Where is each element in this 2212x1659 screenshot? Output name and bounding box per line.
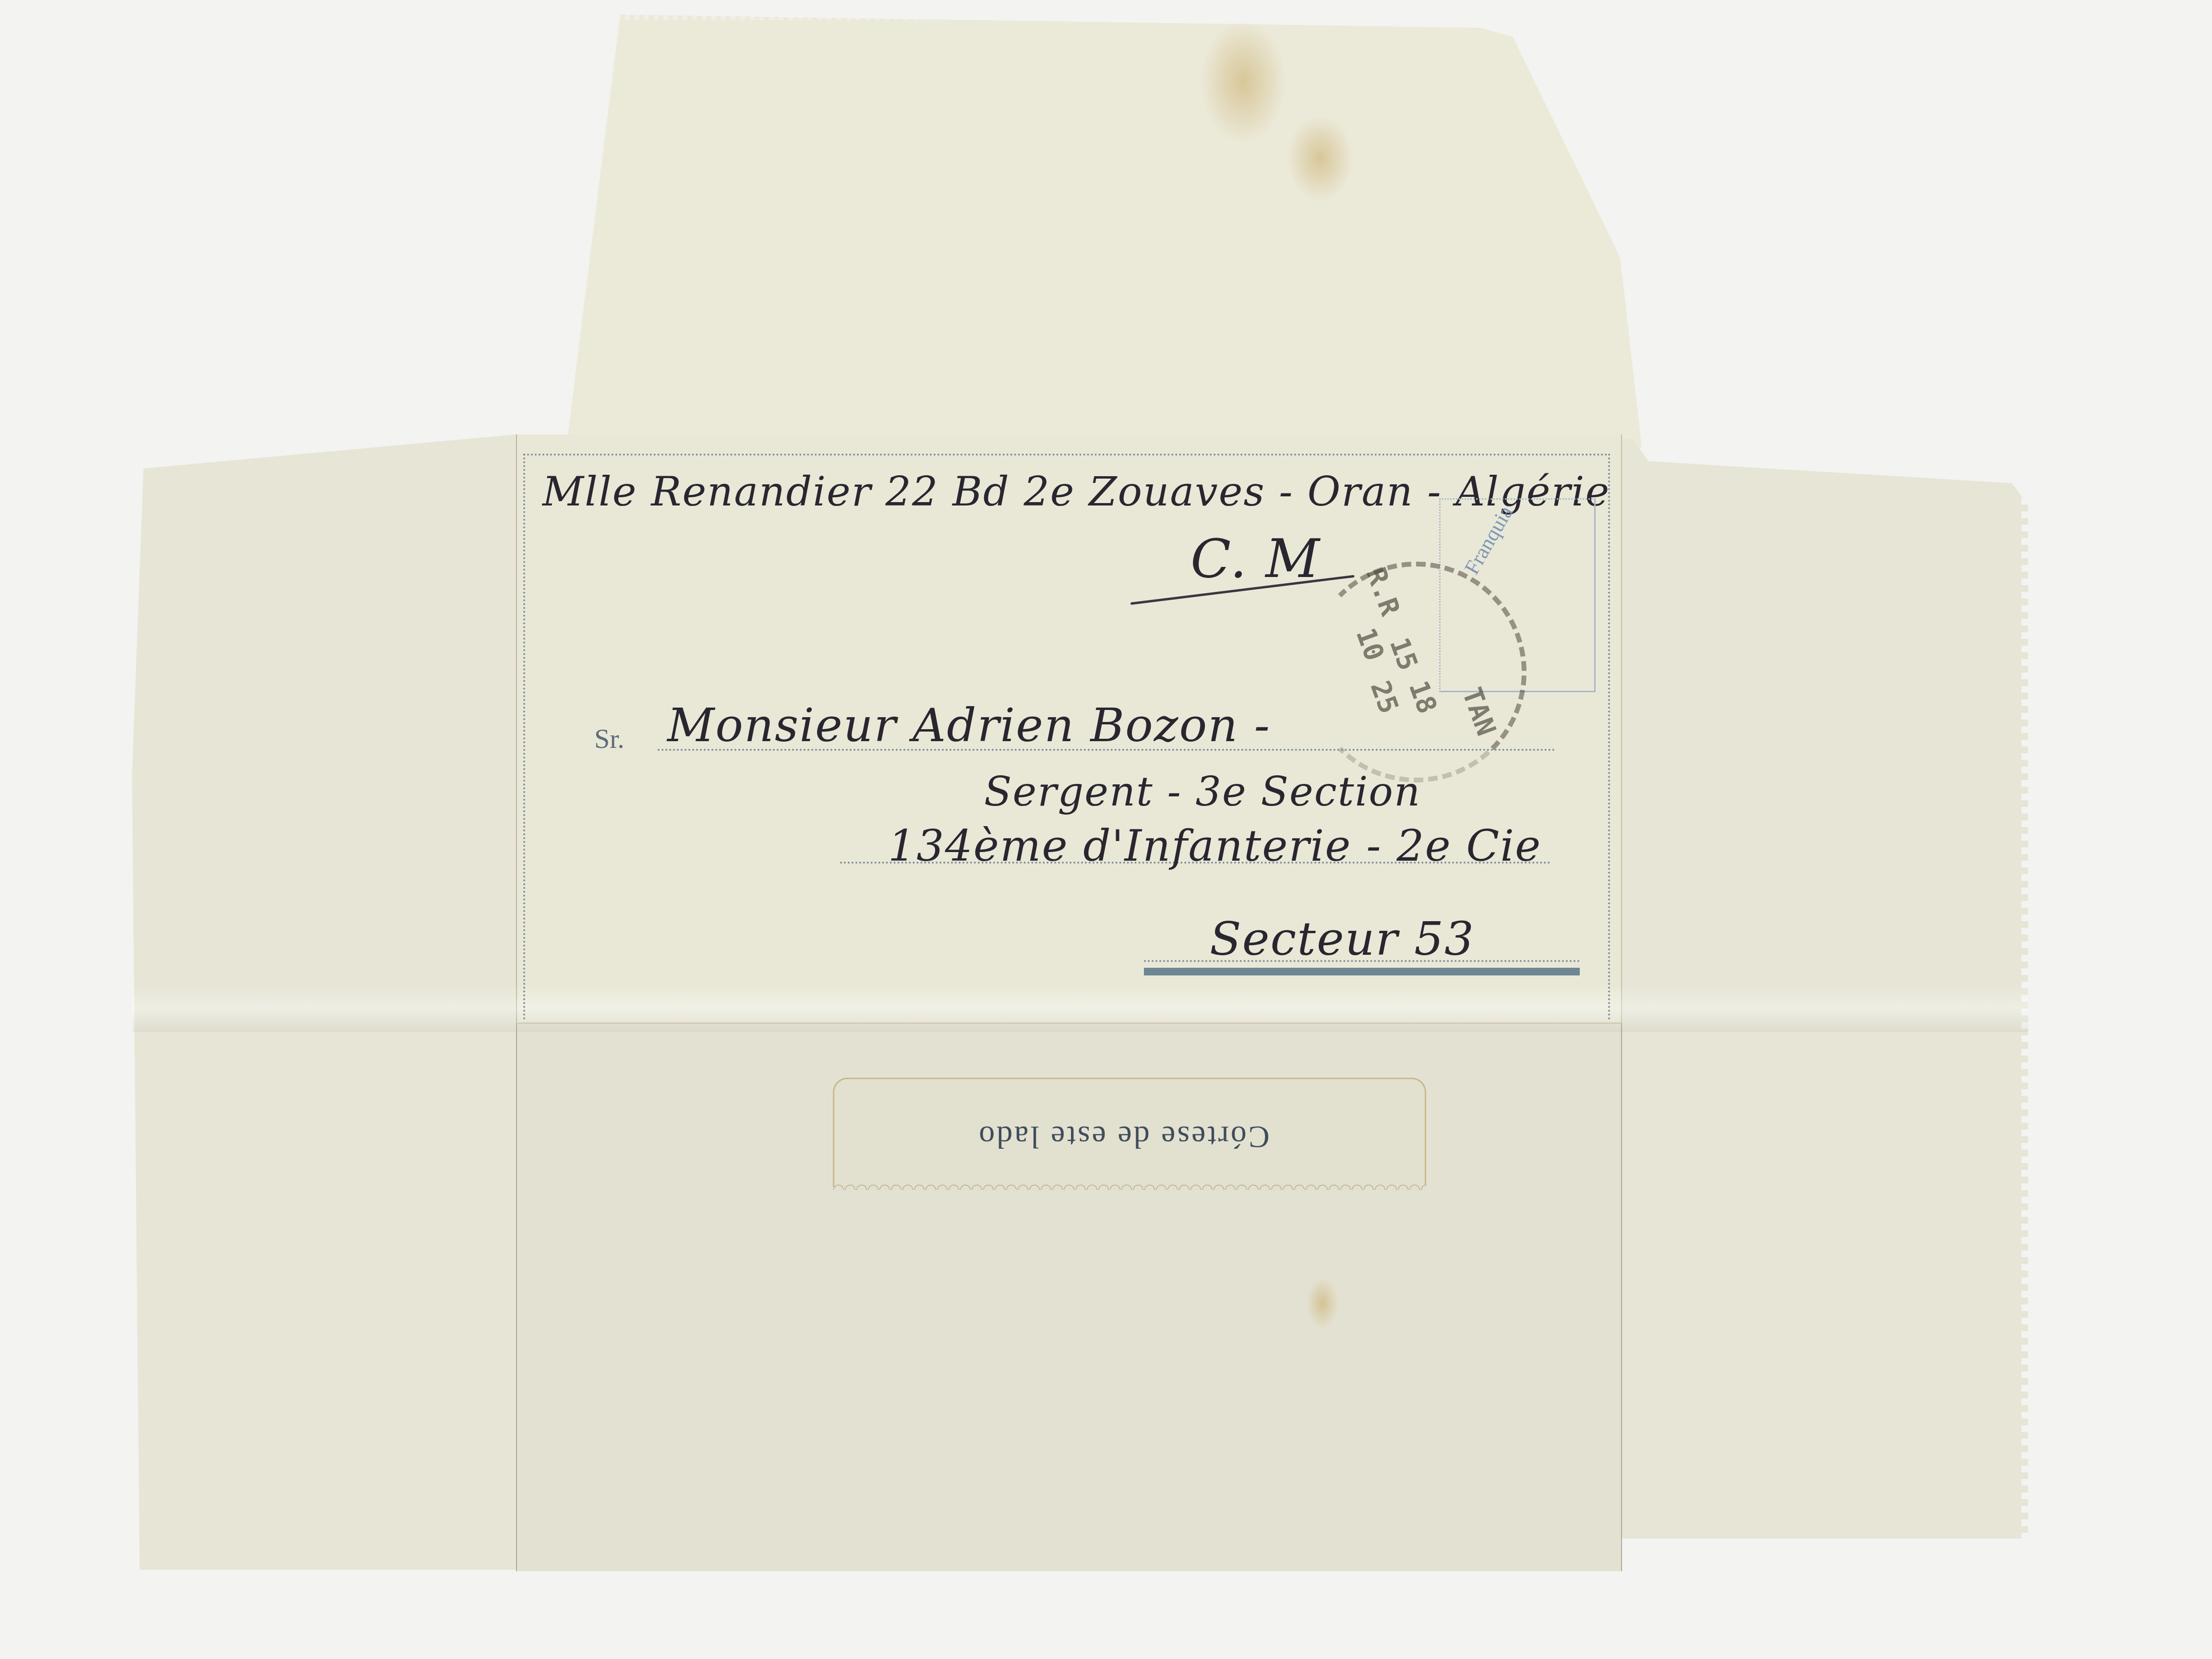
sender-initials: C. M [1190,528,1321,589]
recipient-rank: Sergent - 3e Section [984,768,1421,815]
recipient-name: Monsieur Adrien Bozon - [667,698,1271,752]
dotted-border-right [1608,454,1610,1020]
perforated-edge [620,6,1480,20]
recipient-regiment: 134ème d'Infanterie - 2e Cie [888,821,1541,871]
recipient-sector: Secteur 53 [1210,912,1475,966]
top-flap [566,6,1642,447]
salutation-print: Sr. [594,722,625,755]
small-stain [1306,1277,1339,1330]
address-underline-bar [1144,968,1580,975]
tear-strip-zigzag-edge [833,1178,1426,1190]
horizontal-fold [132,984,2028,1032]
dotted-border-top [523,454,1608,456]
dotted-border-left [523,454,525,1020]
water-stain [1286,115,1354,202]
water-stain [1200,19,1286,144]
tear-strip-label: Córtese de este lado [922,1118,1325,1155]
